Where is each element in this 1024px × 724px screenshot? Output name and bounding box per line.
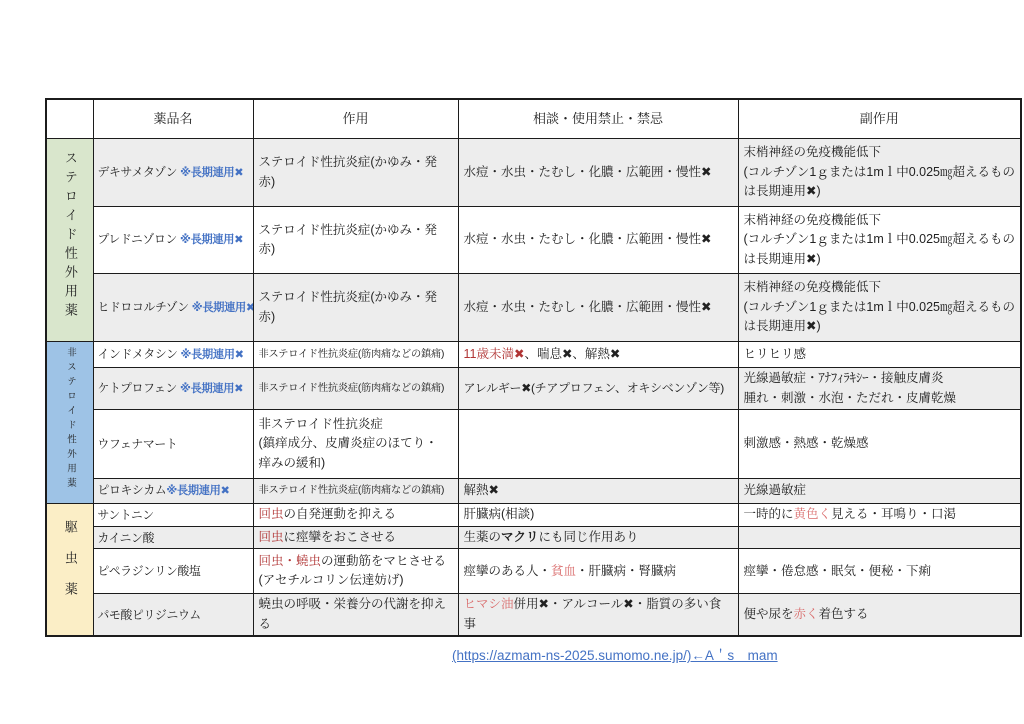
row-hydrocortisone: ヒドロコルチゾン ※長期連用✖ ステロイド性抗炎症(かゆみ・発赤) 水痘・水虫・… xyxy=(46,274,1021,342)
cell-side-effects: 末梢神経の免疫機能低下 (コルチゾン1ｇまたは1mｌ中0.025㎎超えるものは長… xyxy=(738,274,1021,342)
cell-side-effects: 光線過敏症 xyxy=(738,479,1021,504)
cell-drug-name: インドメタシン ※長期連用✖ xyxy=(93,342,253,368)
cell-action: 回虫に痙攣をおこさせる xyxy=(253,527,458,549)
highlight-text: 黄色く xyxy=(794,507,832,521)
cell-action: 非ステロイド性抗炎症(筋肉痛などの鎮痛) xyxy=(253,368,458,410)
cell-action: ステロイド性抗炎症(かゆみ・発赤) xyxy=(253,274,458,342)
cell-action: 非ステロイド性抗炎症 (鎮痒成分、皮膚炎症のほてり・ 痒みの緩和) xyxy=(253,410,458,479)
action-text: に痙攣をおこさせる xyxy=(284,530,397,544)
category-label: ステロイド性外用薬 xyxy=(63,151,77,322)
cell-action: 回虫の自発運動を抑える xyxy=(253,504,458,527)
cell-consult: アレルギー✖(チアプロフェン、オキシベンゾン等) xyxy=(458,368,738,410)
cell-drug-name: サントニン xyxy=(93,504,253,527)
side-effect-text: 便や尿を xyxy=(744,607,794,621)
row-indomethacin: 非ステロイド性外用薬 インドメタシン ※長期連用✖ 非ステロイド性抗炎症(筋肉痛… xyxy=(46,342,1021,368)
consult-text: 痙攣のある人・ xyxy=(464,564,552,578)
cell-side-effects: 末梢神経の免疫機能低下 (コルチゾン1ｇまたは1mｌ中0.025㎎超えるものは長… xyxy=(738,139,1021,207)
row-prednisolone: プレドニゾロン ※長期連用✖ ステロイド性抗炎症(かゆみ・発赤) 水痘・水虫・た… xyxy=(46,207,1021,274)
category-nonsteroid-topical: 非ステロイド性外用薬 xyxy=(46,342,93,504)
cell-side-effects xyxy=(738,527,1021,549)
long-term-use-warning: ※長期連用✖ xyxy=(166,485,229,497)
category-label: 非ステロイド性外用薬 xyxy=(65,347,75,492)
drug-name-text: ピロキシカム xyxy=(98,483,167,497)
cell-consult: 肝臓病(相談) xyxy=(458,504,738,527)
drug-name-text: インドメタシン xyxy=(98,347,181,361)
cell-action: 非ステロイド性抗炎症(筋肉痛などの鎮痛) xyxy=(253,342,458,368)
cell-action: 回虫・蟯虫の運動筋をマヒさせる (アセチルコリン伝達妨げ) xyxy=(253,549,458,594)
category-label: 駆虫薬 xyxy=(63,520,77,613)
side-effect-text: 見える・耳鳴り・口渇 xyxy=(831,507,956,521)
header-side-effects: 副作用 xyxy=(738,99,1021,139)
source-link[interactable]: (https://azmam-ns-2025.sumomo.ne.jp/)←A＇… xyxy=(452,644,778,664)
cell-action: 蟯虫の呼吸・栄養分の代謝を抑える xyxy=(253,594,458,636)
cell-consult: ヒマシ油併用✖・アルコール✖・脂質の多い食事 xyxy=(458,594,738,636)
drug-name-text: ケトプロフェン xyxy=(98,381,181,395)
drug-name-text: ヒドロコルチゾン xyxy=(98,300,192,314)
cell-drug-name: パモ酸ピリジニウム xyxy=(93,594,253,636)
row-kainic-acid: カイニン酸 回虫に痙攣をおこさせる 生薬のマクリにも同じ作用あり xyxy=(46,527,1021,549)
cell-drug-name: プレドニゾロン ※長期連用✖ xyxy=(93,207,253,274)
drug-name-text: プレドニゾロン xyxy=(98,232,181,246)
cell-side-effects: 痙攣・倦怠感・眠気・便秘・下痢 xyxy=(738,549,1021,594)
category-steroid-topical: ステロイド性外用薬 xyxy=(46,139,93,342)
parasite-term: 回虫 xyxy=(259,507,284,521)
row-ketoprofen: ケトプロフェン ※長期連用✖ 非ステロイド性抗炎症(筋肉痛などの鎮痛) アレルギ… xyxy=(46,368,1021,410)
side-effect-text: 一時的に xyxy=(744,507,794,521)
category-anthelmintic: 駆虫薬 xyxy=(46,504,93,637)
cell-consult: 水痘・水虫・たむし・化膿・広範囲・慢性✖ xyxy=(458,139,738,207)
cell-consult: 生薬のマクリにも同じ作用あり xyxy=(458,527,738,549)
cell-side-effects: 一時的に黄色く見える・耳鳴り・口渇 xyxy=(738,504,1021,527)
warning-text: 11歳未満✖ xyxy=(464,347,525,361)
header-drug-name: 薬品名 xyxy=(93,99,253,139)
cell-side-effects: 刺激感・熱感・乾燥感 xyxy=(738,410,1021,479)
cell-drug-name: ヒドロコルチゾン ※長期連用✖ xyxy=(93,274,253,342)
header-row: 薬品名 作用 相談・使用禁止・禁忌 副作用 xyxy=(46,99,1021,139)
long-term-use-warning: ※長期連用✖ xyxy=(181,349,244,361)
cell-side-effects: 光線過敏症・ｱﾅﾌｨﾗｷｼｰ・接触皮膚炎 腫れ・刺激・水泡・ただれ・皮膚乾燥 xyxy=(738,368,1021,410)
cell-consult: 痙攣のある人・貧血・肝臓病・腎臓病 xyxy=(458,549,738,594)
long-term-use-warning: ※長期連用✖ xyxy=(180,383,243,395)
row-piperazine-phosphate: ピペラジンリン酸塩 回虫・蟯虫の運動筋をマヒさせる (アセチルコリン伝達妨げ) … xyxy=(46,549,1021,594)
side-effect-text: 着色する xyxy=(819,607,869,621)
cell-consult: 水痘・水虫・たむし・化膿・広範囲・慢性✖ xyxy=(458,274,738,342)
cell-consult: 11歳未満✖、喘息✖、解熱✖ xyxy=(458,342,738,368)
cell-consult xyxy=(458,410,738,479)
header-action: 作用 xyxy=(253,99,458,139)
cell-action: ステロイド性抗炎症(かゆみ・発赤) xyxy=(253,207,458,274)
long-term-use-warning: ※長期連用✖ xyxy=(180,167,243,179)
consult-text: 、喘息✖、解熱✖ xyxy=(524,347,620,361)
cell-drug-name: ピロキシカム※長期連用✖ xyxy=(93,479,253,504)
row-ufenamate: ウフェナマート 非ステロイド性抗炎症 (鎮痒成分、皮膚炎症のほてり・ 痒みの緩和… xyxy=(46,410,1021,479)
action-text: の自発運動を抑える xyxy=(284,507,397,521)
castor-oil-term: ヒマシ油 xyxy=(464,597,514,611)
header-category xyxy=(46,99,93,139)
cell-side-effects: 末梢神経の免疫機能低下 (コルチゾン1ｇまたは1mｌ中0.025㎎超えるものは長… xyxy=(738,207,1021,274)
cell-drug-name: カイニン酸 xyxy=(93,527,253,549)
drug-table: 薬品名 作用 相談・使用禁止・禁忌 副作用 ステロイド性外用薬 デキサメタゾン … xyxy=(45,98,1022,637)
consult-text: 生薬の xyxy=(464,530,502,544)
cell-consult: 解熱✖ xyxy=(458,479,738,504)
drug-name-text: デキサメタゾン xyxy=(98,165,181,179)
cell-drug-name: デキサメタゾン ※長期連用✖ xyxy=(93,139,253,207)
row-santonin: 駆虫薬 サントニン 回虫の自発運動を抑える 肝臓病(相談) 一時的に黄色く見える… xyxy=(46,504,1021,527)
consult-text: にも同じ作用あり xyxy=(539,530,639,544)
parasite-term: 回虫 xyxy=(259,530,284,544)
cell-action: 非ステロイド性抗炎症(筋肉痛などの鎮痛) xyxy=(253,479,458,504)
long-term-use-warning: ※長期連用✖ xyxy=(180,234,243,246)
highlight-text: 赤く xyxy=(794,607,819,621)
parasite-term: 回虫・蟯虫 xyxy=(259,554,322,568)
cell-side-effects: 便や尿を赤く着色する xyxy=(738,594,1021,636)
row-piroxicam: ピロキシカム※長期連用✖ 非ステロイド性抗炎症(筋肉痛などの鎮痛) 解熱✖ 光線… xyxy=(46,479,1021,504)
cell-drug-name: ピペラジンリン酸塩 xyxy=(93,549,253,594)
consult-text: ・肝臓病・腎臓病 xyxy=(576,564,676,578)
cell-action: ステロイド性抗炎症(かゆみ・発赤) xyxy=(253,139,458,207)
anemia-term: 貧血 xyxy=(551,564,576,578)
row-pyrvinium-pamoate: パモ酸ピリジニウム 蟯虫の呼吸・栄養分の代謝を抑える ヒマシ油併用✖・アルコール… xyxy=(46,594,1021,636)
makuri-term: マクリ xyxy=(501,530,539,544)
row-dexamethasone: ステロイド性外用薬 デキサメタゾン ※長期連用✖ ステロイド性抗炎症(かゆみ・発… xyxy=(46,139,1021,207)
cell-consult: 水痘・水虫・たむし・化膿・広範囲・慢性✖ xyxy=(458,207,738,274)
header-consult-prohibited: 相談・使用禁止・禁忌 xyxy=(458,99,738,139)
cell-drug-name: ケトプロフェン ※長期連用✖ xyxy=(93,368,253,410)
cell-drug-name: ウフェナマート xyxy=(93,410,253,479)
cell-side-effects: ヒリヒリ感 xyxy=(738,342,1021,368)
long-term-use-warning: ※長期連用✖ xyxy=(192,302,253,314)
